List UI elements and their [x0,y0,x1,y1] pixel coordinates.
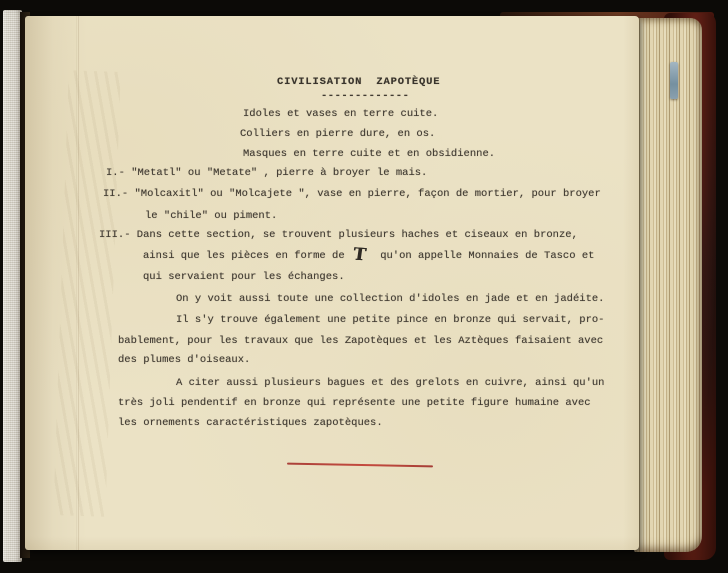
text-line: Masques en terre cuite et en obsidienne. [243,148,495,161]
text-segment: qu'on appelle Monnaies de Tasco et [368,250,595,262]
text-line: le "chile" ou piment. [145,210,277,223]
text-line: A citer aussi plusieurs bagues et des gr… [176,377,604,390]
text-line: Il s'y trouve également une petite pince… [176,314,604,327]
title-underline: ------------- [321,90,409,103]
red-ink-line [287,463,433,468]
text-line: bablement, pour les travaux que les Zapo… [118,335,603,348]
text-line-with-symbol: ainsi que les pièces en forme de T qu'on… [143,249,594,263]
text-line: qui servaient pour les échanges. [143,271,345,284]
text-line: Colliers en pierre dure, en os. [240,128,435,141]
tau-coin-symbol: T [352,249,366,263]
text-line-item-3: III.- Dans cette section, se trouvent pl… [99,229,578,242]
text-line: Idoles et vases en terre cuite. [243,108,438,121]
book-photo: CIVILISATION ZAPOTÈQUE ------------- Ido… [0,0,728,573]
text-line-item-2: II.- "Molcaxitl" ou "Molcajete ", vase e… [103,188,601,201]
bookmark-tab [670,62,678,99]
text-segment: ainsi que les pièces en forme de [143,250,351,262]
document-page: CIVILISATION ZAPOTÈQUE ------------- Ido… [25,16,639,550]
text-line: des plumes d'oiseaux. [118,354,250,367]
text-line: On y voit aussi toute une collection d'i… [176,293,604,306]
page-title: CIVILISATION ZAPOTÈQUE [277,76,440,89]
text-line: les ornements caractéristiques zapotèque… [118,417,383,430]
text-line: très joli pendentif en bronze qui représ… [118,397,591,410]
ink-show-through [53,70,120,517]
text-line-item-1: I.- "Metatl" ou "Metate" , pierre à broy… [106,167,427,180]
page-stack-edges [634,18,702,552]
